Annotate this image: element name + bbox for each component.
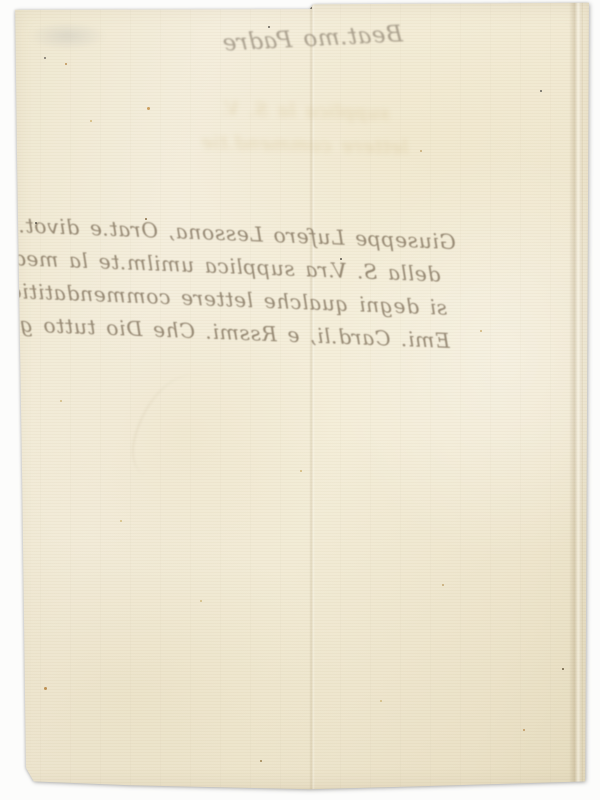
foxing-speck [145, 218, 147, 220]
foxing-speck [442, 584, 444, 586]
bleedthrough-paragraph: Giuseppe Lufero Lessona, Orat.e divot.mo… [32, 210, 457, 358]
foxing-speck [120, 520, 122, 522]
foxing-speck [260, 760, 262, 762]
paper-surface: Beat.mo Padre supplica la S. V. lettere … [10, 2, 591, 790]
foxing-speck [147, 107, 150, 110]
foxing-speck [44, 57, 46, 59]
corner-smudge [28, 22, 106, 50]
foxing-speck [310, 7, 312, 9]
foxing-speck [35, 222, 37, 224]
right-edge-fold-crease [569, 2, 583, 790]
foxing-speck [268, 26, 270, 28]
letter-sheet: Beat.mo Padre supplica la S. V. lettere … [0, 0, 600, 800]
foxing-speck [44, 687, 47, 690]
foxing-speck [380, 700, 382, 702]
foxing-speck [200, 600, 202, 602]
foxing-speck [90, 120, 92, 122]
foxing-speck [420, 150, 422, 152]
foxing-speck [300, 470, 302, 472]
foxing-speck [340, 258, 342, 260]
foxing-speck [540, 90, 542, 92]
foxing-speck [562, 668, 564, 670]
foxing-speck [60, 400, 62, 402]
scan-background: Beat.mo Padre supplica la S. V. lettere … [0, 0, 600, 800]
bleedthrough-ghost-band: supplica la S. V. lettere commend.tie [149, 90, 461, 174]
foxing-speck [65, 63, 67, 65]
foxing-speck [480, 330, 482, 332]
foxing-speck [523, 729, 525, 731]
ghost-line: lettere commend.tie [149, 124, 460, 166]
